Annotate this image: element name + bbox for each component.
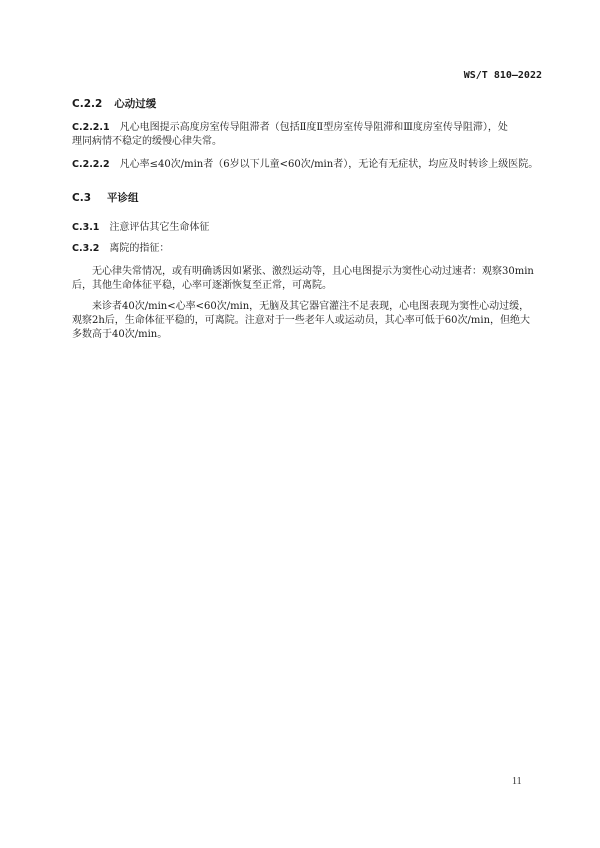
- clause-text: 离院的指征：: [109, 243, 169, 254]
- section-title: 心动过缓: [114, 98, 156, 110]
- clause-text-line1: 凡心电图提示高度房室传导阻滞者（包括Ⅱ度Ⅱ型房室传导阻滞和Ⅲ度房室传导阻滞），处: [120, 122, 508, 133]
- document-page: WS/T 810—2022 C.2.2心动过缓 C.2.2.1凡心电图提示高度房…: [0, 0, 600, 848]
- clause-c-2-2-1-continued: 理同病情不稳定的缓慢心律失常。: [72, 135, 222, 149]
- clause-number: C.2.2.2: [72, 159, 110, 170]
- clause-number: C.3.2: [72, 243, 99, 254]
- clause-text: 注意评估其它生命体征: [109, 222, 209, 233]
- section-number: C.2.2: [72, 98, 102, 110]
- clause-c-3-1: C.3.1注意评估其它生命体征: [72, 221, 209, 235]
- paragraph-2-line3: 多数高于40次/min。: [72, 328, 167, 342]
- clause-number: C.2.2.1: [72, 122, 110, 133]
- standard-code-header: WS/T 810—2022: [400, 70, 542, 81]
- paragraph-2-line1: 来诊者40次/min<心率<60次/min，无脑及其它器官灌注不足表现，心电图表…: [92, 300, 529, 314]
- paragraph-1-line2: 后，其他生命体征平稳，心率可逐渐恢复至正常，可离院。: [72, 279, 332, 293]
- clause-number: C.3.1: [72, 222, 99, 233]
- clause-c-2-2-2: C.2.2.2凡心率≤40次/min者（6岁以下儿童<60次/min者），无论有…: [72, 158, 538, 172]
- section-heading-c-3: C.3平诊组: [72, 190, 139, 205]
- paragraph-2-line2: 观察2h后，生命体征平稳的，可离院。注意对于一些老年人或运动员，其心率可低于60…: [72, 314, 530, 328]
- clause-text: 凡心率≤40次/min者（6岁以下儿童<60次/min者），无论有无症状，均应及…: [120, 159, 539, 170]
- clause-c-2-2-1: C.2.2.1凡心电图提示高度房室传导阻滞者（包括Ⅱ度Ⅱ型房室传导阻滞和Ⅲ度房室…: [72, 121, 508, 135]
- section-number: C.3: [72, 192, 91, 204]
- paragraph-1-line1: 无心律失常情况，或有明确诱因如紧张、激烈运动等，且心电图提示为窦性心动过速者：观…: [92, 265, 534, 279]
- section-heading-c-2-2: C.2.2心动过缓: [72, 96, 156, 111]
- clause-c-3-2: C.3.2离院的指征：: [72, 242, 169, 256]
- section-title: 平诊组: [107, 192, 139, 204]
- page-number: 11: [512, 776, 522, 787]
